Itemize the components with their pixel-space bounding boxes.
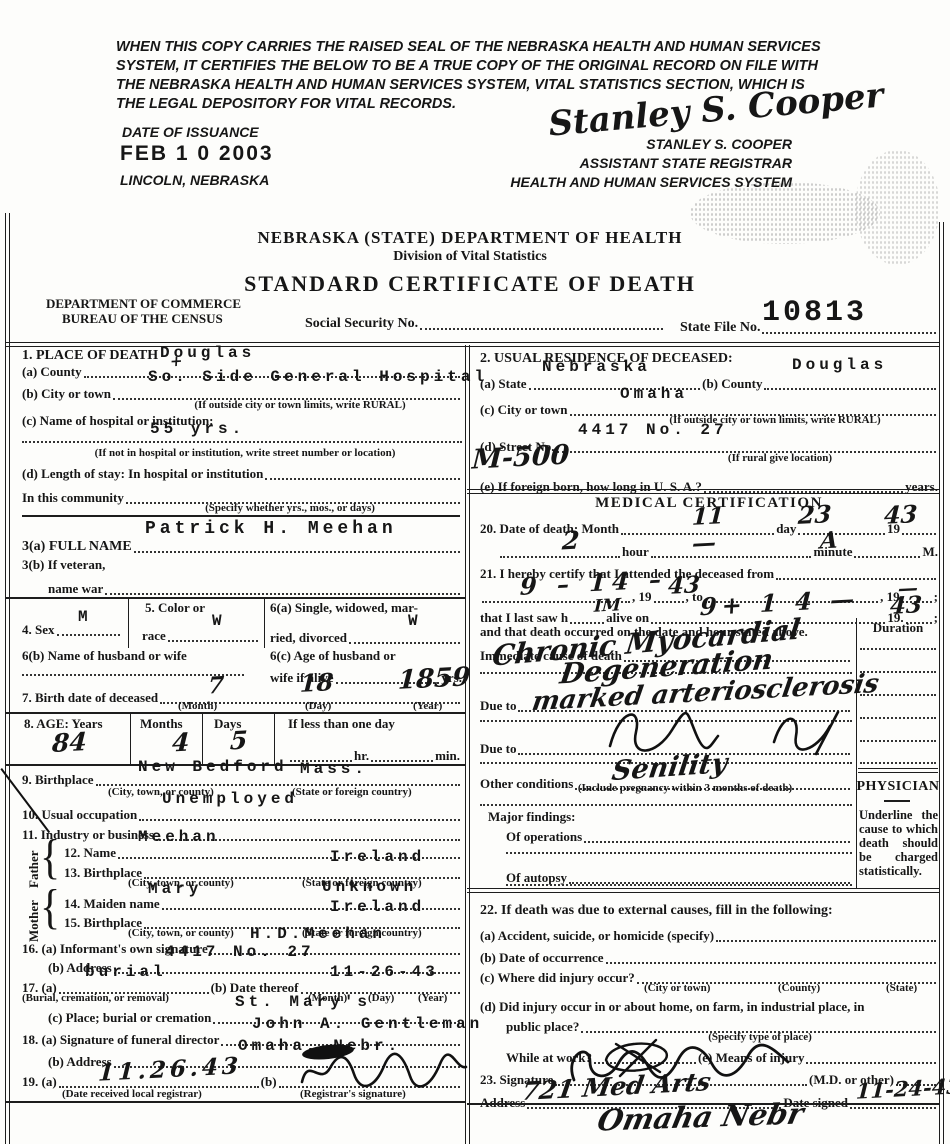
- informant-signature-value: H.D.Meehan: [250, 925, 386, 943]
- dotted-leader: [762, 332, 936, 334]
- place-of-death-heading: 1. PLACE OF DEATH: [22, 348, 158, 364]
- dotted-leader: [105, 593, 460, 595]
- res-street-value: 4417 No. 27: [578, 421, 728, 439]
- burial-date-value: 11-26-43: [330, 963, 439, 981]
- age-years-value: 84: [51, 727, 87, 758]
- section-line: [6, 1101, 465, 1103]
- father-brace: {: [40, 830, 60, 885]
- dotted-leader: [22, 441, 462, 443]
- dotted-leader: [371, 760, 433, 762]
- mother-brace: {: [40, 880, 60, 935]
- ssn-label: Social Security No.: [305, 316, 418, 332]
- table-divider: [130, 712, 131, 765]
- dotted-leader: [798, 533, 885, 535]
- res-code-value: M-500: [471, 439, 570, 475]
- birth-date-label: 7. Birth date of deceased: [22, 690, 158, 706]
- registrar-title: ASSISTANT STATE REGISTRAR: [480, 155, 792, 171]
- state-file-number: 10813: [762, 296, 867, 330]
- age-days-value: 5: [229, 725, 248, 755]
- full-name-value: Patrick H. Meehan: [145, 519, 397, 539]
- external-heading: 22. If death was due to external causes,…: [480, 903, 833, 919]
- physician-note: Underline the cause to which death shoul…: [859, 808, 938, 878]
- physician-city-value: Omaha Nebr: [594, 1096, 806, 1137]
- marital-value: W: [408, 612, 422, 630]
- father-name-value: Meehan: [138, 828, 220, 846]
- dotted-leader: [860, 717, 936, 719]
- pod-city-value: So. Side General Hospital: [148, 368, 488, 386]
- external-c-label: (c) Where did injury occur?: [480, 970, 635, 986]
- burial-place-value: St. Mary's: [235, 993, 371, 1011]
- spouse-age-label: 6(c) Age of husband or: [270, 648, 396, 664]
- registrar-signature-scrawl: [298, 1052, 470, 1092]
- attended-from-year: 43: [667, 571, 700, 600]
- masthead-dept: NEBRASKA (STATE) DEPARTMENT OF HEALTH: [120, 228, 820, 248]
- birthplace-city-value: New Bedford: [138, 758, 288, 776]
- last-saw-year-value: 43: [889, 591, 922, 620]
- marital-label: 6(a) Single, widowed, mar-: [270, 600, 418, 616]
- section-line: [6, 597, 465, 599]
- semicolon: ;: [934, 589, 938, 605]
- dotted-leader: [57, 634, 121, 636]
- day-caption: (Day): [368, 992, 394, 1004]
- dotted-leader: [606, 962, 936, 964]
- dotted-leader: [716, 940, 936, 942]
- due-to-label2: Due to: [480, 741, 516, 757]
- res-county-value: Douglas: [792, 356, 887, 374]
- sex-label: 4. Sex: [22, 622, 55, 638]
- dotted-leader: [265, 478, 460, 480]
- registrar-sig-label: (b): [261, 1074, 277, 1090]
- section-line: [22, 515, 460, 517]
- registrar-date-label: 19. (a): [22, 1074, 57, 1090]
- due-to-scrawl: [598, 700, 854, 762]
- duration-label: Duration: [858, 620, 938, 636]
- father-birthplace-value: Ireland: [330, 848, 425, 866]
- pod-hospital-value: 55 yrs.: [150, 420, 245, 438]
- birth-year-value: 1859: [397, 662, 471, 696]
- dotted-leader: [860, 762, 936, 764]
- physician-title: PHYSICIAN: [856, 779, 940, 795]
- death-day-value: 23: [797, 499, 832, 530]
- day-label: day: [776, 521, 796, 537]
- due-to-label: Due to: [480, 698, 516, 714]
- table-divider: [128, 598, 129, 648]
- section-line: [6, 712, 465, 714]
- physician-dash: [884, 800, 910, 802]
- dotted-leader: [168, 640, 258, 642]
- dotted-leader: [764, 388, 936, 390]
- masthead-title: STANDARD CERTIFICATE OF DEATH: [120, 271, 820, 297]
- meridiem-label: M.: [922, 544, 938, 560]
- veteran-label: 3(b) If veteran,: [22, 557, 105, 573]
- death-year-value: 43: [883, 499, 918, 530]
- dotted-leader: [854, 556, 920, 558]
- city-or-town-caption: (City or town): [644, 982, 710, 994]
- year-caption: (Year): [413, 700, 442, 712]
- funeral-director-value: John A. Gentleman: [252, 1015, 483, 1033]
- less-day-label: If less than one day: [288, 716, 395, 732]
- full-name-label: 3(a) FULL NAME: [22, 539, 132, 555]
- res-city-value: Omaha: [620, 385, 688, 403]
- father-name-label: 12. Name: [64, 845, 116, 861]
- date-of-issuance-label: DATE OF ISSUANCE: [122, 124, 259, 140]
- pod-community-note: (Specify whether yrs., mos., or days): [140, 502, 440, 514]
- name-war-label: name war: [48, 581, 103, 597]
- dotted-leader: [584, 841, 850, 843]
- res-state-value: Nebraska: [542, 358, 651, 376]
- dotted-leader: [134, 551, 460, 553]
- dotted-leader: [860, 648, 936, 650]
- commerce-line: DEPARTMENT OF COMMERCE: [46, 296, 241, 312]
- pod-county-label: (a) County: [22, 364, 82, 380]
- dotted-leader: [139, 819, 460, 821]
- birth-month-value: 7: [207, 672, 224, 700]
- external-b-label: (b) Date of occurrence: [480, 950, 604, 966]
- birthplace-label: 9. Birthplace: [22, 772, 94, 788]
- birthplace-state-value: Mass.: [300, 760, 368, 778]
- year-caption: (Year): [418, 992, 447, 1004]
- dotted-leader: [902, 533, 936, 535]
- dotted-leader: [349, 642, 460, 644]
- seal-speckle: [855, 150, 940, 265]
- dotted-leader: [480, 804, 852, 806]
- res-rural-note: (If rural give location): [650, 452, 910, 464]
- min-label: min.: [435, 748, 460, 764]
- city-caption: (City, town, or county): [128, 927, 234, 939]
- maiden-name-value: Mary: [148, 880, 202, 898]
- death-month-value: 11: [691, 502, 724, 531]
- pod-county-value: Douglas: [160, 344, 255, 362]
- day-caption: (Day): [305, 700, 331, 712]
- form-left-border: [5, 213, 10, 1144]
- issuance-date-stamp: FEB 1 0 2003: [120, 142, 274, 166]
- date-signed-value: 11-24-43: [855, 1073, 950, 1104]
- external-a-label: (a) Accident, suicide, or homicide (spec…: [480, 928, 714, 944]
- dotted-leader: [420, 328, 663, 330]
- maiden-name-value2: Unknown: [322, 878, 417, 896]
- mother-birthplace-value: Ireland: [330, 898, 425, 916]
- him-value: IM: [593, 595, 621, 616]
- masthead-division: Division of Vital Statistics: [120, 249, 820, 265]
- disposition-caption: (Burial, cremation, or removal): [22, 992, 169, 1004]
- death-certificate-scan: WHEN THIS COPY CARRIES THE RAISED SEAL O…: [0, 0, 950, 1144]
- pod-city-note: (If outside city or town limits, write R…: [140, 399, 460, 411]
- spouse-label: 6(b) Name of husband or wife: [22, 648, 187, 664]
- pod-community-label: In this community: [22, 490, 124, 506]
- dotted-leader: [500, 556, 620, 558]
- dotted-leader: [506, 852, 852, 854]
- state-caption: (State or foreign country): [292, 786, 412, 798]
- death-hour-value: 2: [561, 525, 580, 555]
- pod-city-label: (b) City or town: [22, 386, 111, 402]
- physician-box-top: [858, 768, 938, 773]
- age-months-value: 4: [171, 727, 190, 757]
- pod-stay-label: (d) Length of stay: In hospital or insti…: [22, 466, 263, 482]
- dotted-leader: [651, 556, 812, 558]
- death-date-label: 20. Date of death: Month: [480, 521, 619, 537]
- pregnancy-note: (Include pregnancy within 3 months of de…: [520, 782, 850, 794]
- race-label: race: [142, 628, 166, 644]
- hour-dash-mark: —: [691, 527, 716, 557]
- res-county-label: (b) County: [702, 376, 762, 392]
- duration-box-border: [856, 618, 857, 888]
- county-caption: (County): [778, 982, 820, 994]
- section-divider: [467, 489, 939, 494]
- form-top-divider: [6, 342, 939, 347]
- disposition-value: burial: [85, 963, 167, 981]
- public-place-label: public place?: [506, 1019, 579, 1035]
- birth-day-value: 18: [299, 667, 334, 698]
- maiden-name-label: 14. Maiden name: [64, 896, 160, 912]
- dotted-leader: [806, 1062, 936, 1064]
- dotted-leader: [506, 884, 852, 886]
- marital-label2: ried, divorced: [270, 630, 347, 646]
- registrar-name: STANLEY S. COOPER: [480, 136, 792, 152]
- state-file-label: State File No.: [680, 320, 760, 336]
- occupation-value: Unemployed: [162, 790, 298, 808]
- color-label: 5. Color or: [145, 600, 205, 616]
- state-caption2: (State): [886, 982, 917, 994]
- hour-label: hour: [622, 544, 649, 560]
- table-divider: [264, 598, 265, 648]
- death-minute-value: A: [819, 526, 838, 554]
- physician-signature-scrawl: [560, 1038, 798, 1090]
- registrar-date-caption: (Date received local registrar): [62, 1088, 202, 1100]
- dotted-leader: [860, 740, 936, 742]
- form-right-border: [939, 222, 944, 1144]
- race-value: W: [212, 612, 226, 630]
- major-findings-label: Major findings:: [488, 809, 576, 825]
- pod-hospital-note: (If not in hospital or institution, writ…: [30, 447, 460, 459]
- burial-place-label: (c) Place; burial or cremation: [48, 1010, 211, 1026]
- external-d-label: (d) Did injury occur in or about home, o…: [480, 999, 865, 1015]
- funeral-director-label: 18. (a) Signature of funeral director: [22, 1032, 219, 1048]
- dotted-leader: [850, 1107, 936, 1109]
- res-city-label: (c) City or town: [480, 402, 568, 418]
- dotted-leader: [654, 601, 684, 603]
- issuance-place: LINCOLN, NEBRASKA: [120, 172, 269, 188]
- month-caption: (Month): [178, 700, 217, 712]
- section-divider: [467, 888, 939, 893]
- sex-value: M: [78, 608, 92, 626]
- of-operations-label: Of operations: [506, 829, 582, 845]
- census-line: BUREAU OF THE CENSUS: [62, 311, 223, 327]
- informant-address-value: 4417 No. 27: [165, 943, 315, 961]
